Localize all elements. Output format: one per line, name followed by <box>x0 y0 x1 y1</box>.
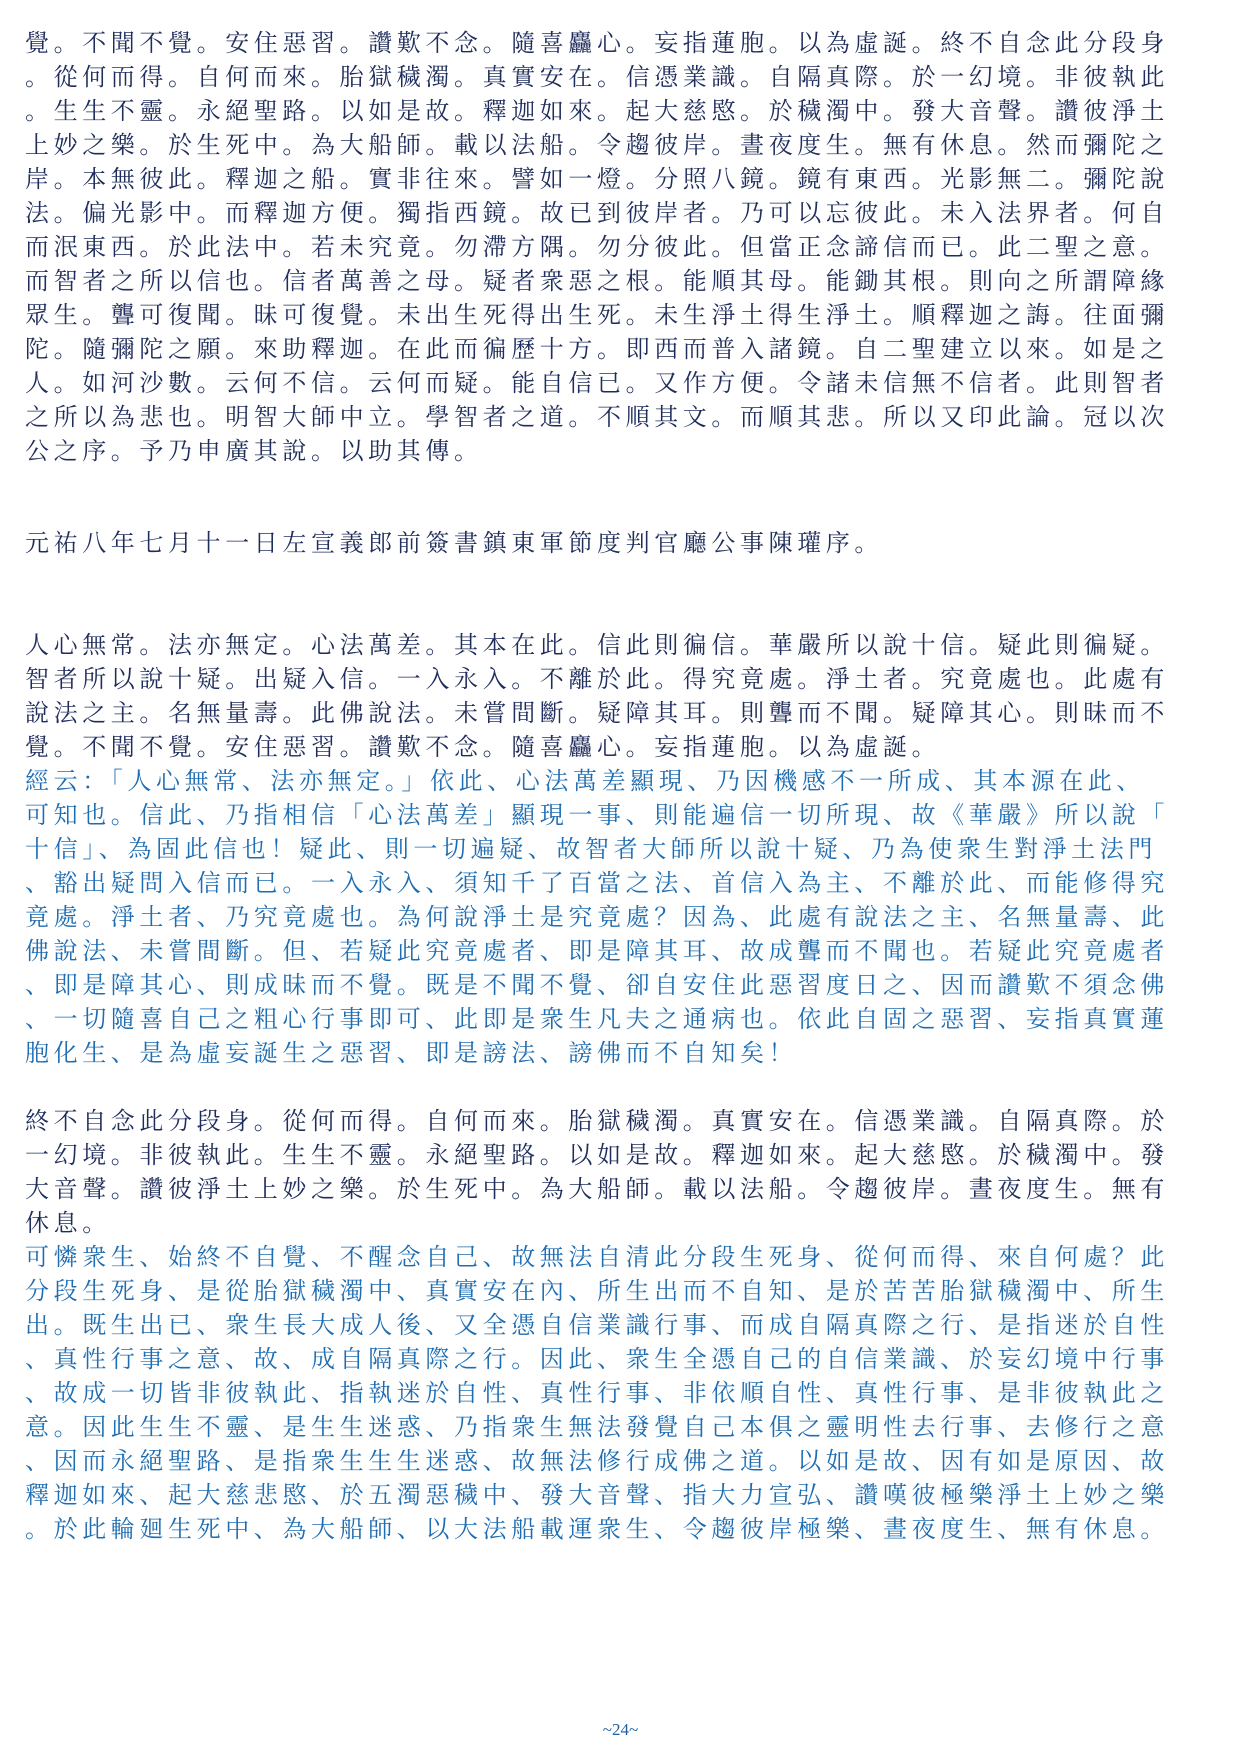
signature-line: 元祐八年七月十一日左宣義郎前簽書鎮東軍節度判官廳公事陳瓘序。 <box>25 526 1065 560</box>
source-text-paragraph-1: 人心無常。法亦無定。心法萬差。其本在此。信此則徧信。華嚴所以說十信。疑此則徧疑。… <box>25 628 1065 764</box>
text-line: 。生生不靈。永絕聖路。以如是故。釋迦如來。起大慈愍。於穢濁中。發大音聲。讚彼淨土 <box>25 94 1065 128</box>
commentary-line: 經云：「人心無常、法亦無定。」依此、心法萬差顯現、乃因機感不一所成、其本源在此、 <box>25 764 1065 798</box>
text-line: 之所以為悲也。明智大師中立。學智者之道。不順其文。而順其悲。所以又印此論。冠以次 <box>25 400 1065 434</box>
text-line: 而智者之所以信也。信者萬善之母。疑者衆惡之根。能順其母。能鋤其根。則向之所謂障緣 <box>25 264 1065 298</box>
text-line: 智者所以說十疑。出疑入信。一入永入。不離於此。得究竟處。淨土者。究竟處也。此處有 <box>25 662 1065 696</box>
commentary-line: 可知也。信此、乃指相信「心法萬差」顯現一事、則能遍信一切所現、故《華嚴》所以說「 <box>25 798 1065 832</box>
text-line: 一幻境。非彼執此。生生不靈。永絕聖路。以如是故。釋迦如來。起大慈愍。於穢濁中。發 <box>25 1138 1065 1172</box>
commentary-line: 、豁出疑問入信而已。一入永入、須知千了百當之法、首信入為主、不離於此、而能修得究 <box>25 866 1065 900</box>
document-page: 覺。不聞不覺。安住惡習。讚歎不念。隨喜麤心。妄指蓮胞。以為虛誕。終不自念此分段身… <box>25 26 1065 1546</box>
spacer <box>25 468 1065 526</box>
text-line: 公之序。予乃申廣其說。以助其傳。 <box>25 434 1065 468</box>
text-line: 法。偏光影中。而釋迦方便。獨指西鏡。故已到彼岸者。乃可以忘彼此。未入法界者。何自 <box>25 196 1065 230</box>
commentary-line: 出。既生出已、衆生長大成人後、又全憑自信業識行事、而成自隔真際之行、是指迷於自性 <box>25 1308 1065 1342</box>
text-line: 岸。本無彼此。釋迦之船。實非往來。譬如一燈。分照八鏡。鏡有東西。光影無二。彌陀說 <box>25 162 1065 196</box>
text-line: 眾生。聾可復聞。昧可復覺。未出生死得出生死。未生淨土得生淨土。順釋迦之誨。往面彌 <box>25 298 1065 332</box>
commentary-line: 佛說法、未嘗間斷。但、若疑此究竟處者、即是障其耳、故成聾而不聞也。若疑此究竟處者 <box>25 934 1065 968</box>
text-line: 。從何而得。自何而來。胎獄穢濁。真實安在。信憑業識。自隔真際。於一幻境。非彼執此 <box>25 60 1065 94</box>
commentary-line: 釋迦如來、起大慈悲愍、於五濁惡穢中、發大音聲、指大力宣弘、讚嘆彼極樂淨土上妙之樂 <box>25 1478 1065 1512</box>
commentary-line: 分段生死身、是從胎獄穢濁中、真實安在內、所生出而不自知、是於苦苦胎獄穢濁中、所生 <box>25 1274 1065 1308</box>
commentary-line: 竟處。淨土者、乃究竟處也。為何說淨土是究竟處？因為、此處有說法之主、名無量壽、此 <box>25 900 1065 934</box>
commentary-line: 、即是障其心、則成昧而不覺。既是不聞不覺、卻自安住此惡習度日之、因而讚歎不須念佛 <box>25 968 1065 1002</box>
text-line: 終不自念此分段身。從何而得。自何而來。胎獄穢濁。真實安在。信憑業識。自隔真際。於 <box>25 1104 1065 1138</box>
commentary-paragraph-1: 經云：「人心無常、法亦無定。」依此、心法萬差顯現、乃因機感不一所成、其本源在此、… <box>25 764 1065 1070</box>
commentary-line: 、一切隨喜自己之粗心行事即可、此即是衆生凡夫之通病也。依此自固之惡習、妄指真實蓮 <box>25 1002 1065 1036</box>
text-line: 人心無常。法亦無定。心法萬差。其本在此。信此則徧信。華嚴所以說十信。疑此則徧疑。 <box>25 628 1065 662</box>
commentary-line: 意。因此生生不靈、是生生迷惑、乃指衆生無法發覺自己本俱之靈明性去行事、去修行之意 <box>25 1410 1065 1444</box>
text-line: 而泯東西。於此法中。若未究竟。勿滯方隅。勿分彼此。但當正念諦信而已。此二聖之意。 <box>25 230 1065 264</box>
commentary-line: 十信」、為固此信也！疑此、則一切遍疑、故智者大師所以說十疑、乃為使衆生對淨土法門 <box>25 832 1065 866</box>
commentary-line: 。於此輪廻生死中、為大船師、以大法船載運衆生、令趨彼岸極樂、晝夜度生、無有休息。 <box>25 1512 1065 1546</box>
commentary-line: 、真性行事之意、故、成自隔真際之行。因此、衆生全憑自己的自信業識、於妄幻境中行事 <box>25 1342 1065 1376</box>
commentary-paragraph-2: 可憐衆生、始終不自覺、不醒念自己、故無法自清此分段生死身、從何而得、來自何處？此… <box>25 1240 1065 1546</box>
commentary-line: 可憐衆生、始終不自覺、不醒念自己、故無法自清此分段生死身、從何而得、來自何處？此 <box>25 1240 1065 1274</box>
text-line: 人。如河沙數。云何不信。云何而疑。能自信已。又作方便。令諸未信無不信者。此則智者 <box>25 366 1065 400</box>
commentary-line: 胞化生、是為虛妄誕生之惡習、即是謗法、謗佛而不自知矣！ <box>25 1036 1065 1070</box>
spacer <box>25 1070 1065 1104</box>
commentary-line: 、故成一切皆非彼執此、指執迷於自性、真性行事、非依順自性、真性行事、是非彼執此之 <box>25 1376 1065 1410</box>
source-text-paragraph-2: 終不自念此分段身。從何而得。自何而來。胎獄穢濁。真實安在。信憑業識。自隔真際。於… <box>25 1104 1065 1240</box>
text-line: 休息。 <box>25 1206 1065 1240</box>
text-line: 覺。不聞不覺。安住惡習。讚歎不念。隨喜麤心。妄指蓮胞。以為虛誕。終不自念此分段身 <box>25 26 1065 60</box>
page-number: ~24~ <box>0 1720 1241 1740</box>
preface-paragraph: 覺。不聞不覺。安住惡習。讚歎不念。隨喜麤心。妄指蓮胞。以為虛誕。終不自念此分段身… <box>25 26 1065 468</box>
text-line: 說法之主。名無量壽。此佛說法。未嘗間斷。疑障其耳。則聾而不聞。疑障其心。則昧而不 <box>25 696 1065 730</box>
text-line: 覺。不聞不覺。安住惡習。讚歎不念。隨喜麤心。妄指蓮胞。以為虛誕。 <box>25 730 1065 764</box>
text-line: 大音聲。讚彼淨土上妙之樂。於生死中。為大船師。載以法船。令趨彼岸。晝夜度生。無有 <box>25 1172 1065 1206</box>
commentary-line: 、因而永絕聖路、是指衆生生生迷惑、故無法修行成佛之道。以如是故、因有如是原因、故 <box>25 1444 1065 1478</box>
text-line: 陀。隨彌陀之願。來助釋迦。在此而徧歷十方。即西而普入諸鏡。自二聖建立以來。如是之 <box>25 332 1065 366</box>
text-line: 上妙之樂。於生死中。為大船師。載以法船。令趨彼岸。晝夜度生。無有休息。然而彌陀之 <box>25 128 1065 162</box>
spacer <box>25 560 1065 628</box>
